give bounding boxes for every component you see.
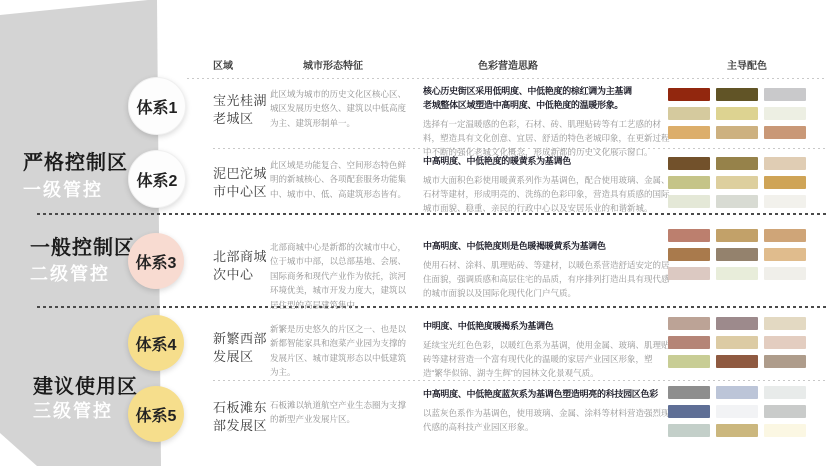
system-badge-1: 体系1 [128,77,186,135]
column-header-palette: 主导配色 [727,57,767,72]
color-swatch [764,355,806,368]
region-name-2: 泥巴沱城市中心区 [213,165,275,200]
palette-grid-3 [668,229,806,280]
color-swatch [764,386,806,399]
color-swatch [764,317,806,330]
palette-grid-2 [668,157,806,208]
slide-canvas: 严格控制区 一级管控 一般控制区 二级管控 建议使用区 三级管控 体系1 体系2… [0,0,830,466]
column-header-form: 城市形态特征 [303,57,363,72]
color-swatch [716,176,758,189]
color-idea-1: 核心历史街区采用低明度、中低艳度的棕红调为主基调 老城整体区域塑造中高明度、中低… [423,85,671,159]
color-swatch [668,386,710,399]
color-swatch [668,317,710,330]
color-swatch [764,176,806,189]
color-idea-title-3: 中高明度、中低艳度则是色暖褐暖黄系为基调色 [423,240,671,254]
zone-subtitle-level2: 二级管控 [30,260,110,286]
color-swatch [668,267,710,280]
color-idea-5: 中高明度、中低艳度蓝灰系为基调色塑造明亮的科技园区色彩 以蓝灰色系作为基调色，使… [423,388,671,434]
color-swatch [764,229,806,242]
color-idea-3: 中高明度、中低艳度则是色暖褐暖黄系为基调色 使用石材、涂料、肌理贴砖、等建材，以… [423,240,671,300]
color-swatch [716,126,758,139]
system-badge-1-label: 体系1 [137,95,178,118]
form-desc-1: 此区域为城市的历史文化区核心区、城区发展历史悠久、建筑以中低高度为主、建筑形制单… [270,87,410,130]
color-swatch [668,405,710,418]
zone-title-strict: 严格控制区 [23,146,128,175]
color-swatch [716,317,758,330]
palette-grid-5 [668,386,806,437]
color-swatch [716,267,758,280]
region-name-3: 北部商城次中心 [213,248,275,283]
color-idea-title-1: 核心历史街区采用低明度、中低艳度的棕红调为主基调 老城整体区域塑造中高明度、中低… [423,85,671,113]
color-swatch [716,386,758,399]
color-idea-body-5: 以蓝灰色系作为基调色，使用玻璃、金属、涂料等材料营造强烈现代感的高科技产业园区形… [423,406,671,434]
color-swatch [668,176,710,189]
color-swatch [668,126,710,139]
color-swatch [764,424,806,437]
color-swatch [668,336,710,349]
color-swatch [668,195,710,208]
palette-grid-1 [668,88,806,139]
color-idea-body-2: 城市大面积色彩使用暖黄系列作为基调色，配合使用玻璃、金属、石材等建材，形成明亮的… [423,173,671,215]
system-badge-5-label: 体系5 [136,403,177,426]
system-badge-2-label: 体系2 [137,168,178,191]
color-swatch [764,88,806,101]
palette-grid-4 [668,317,806,368]
color-swatch [716,424,758,437]
color-swatch [668,107,710,120]
color-swatch [716,248,758,261]
color-idea-body-1: 选择有一定温暖感的色彩，石材、砖、肌理贴砖等有工艺感的材料，塑造具有文化创意、宜… [423,117,671,159]
color-swatch [668,424,710,437]
color-swatch [716,336,758,349]
color-swatch [716,405,758,418]
color-swatch [764,267,806,280]
zone-subtitle-level3: 三级管控 [33,397,113,423]
color-swatch [764,248,806,261]
color-swatch [764,336,806,349]
zone-title-general: 一般控制区 [30,231,135,260]
color-swatch [764,195,806,208]
color-idea-body-3: 使用石材、涂料、肌理贴砖、等建材，以暖色系营造舒适安定的居住面貌，强调质感和高层… [423,258,671,300]
region-name-4: 新繁西部发展区 [213,330,275,365]
color-idea-title-2: 中高明度、中低艳度的暖黄系为基调色 [423,155,671,169]
system-badge-4: 体系4 [128,315,184,371]
region-name-1: 宝光桂湖老城区 [213,92,275,127]
color-swatch [764,157,806,170]
section-divider-general-suggested [37,306,827,308]
color-swatch [668,88,710,101]
system-badge-3-label: 体系3 [136,250,177,273]
color-swatch [716,355,758,368]
color-idea-2: 中高明度、中低艳度的暖黄系为基调色 城市大面积色彩使用暖黄系列作为基调色，配合使… [423,155,671,215]
row-divider-4-5 [213,380,826,381]
system-badge-3: 体系3 [128,233,184,289]
header-divider [187,78,826,79]
column-header-color-idea: 色彩营造思路 [478,57,538,72]
color-swatch [716,229,758,242]
region-name-5: 石板滩东部发展区 [213,399,275,434]
color-swatch [668,157,710,170]
color-idea-title-4: 中明度、中低艳度暖褐系为基调色 [423,320,671,334]
color-swatch [764,405,806,418]
form-desc-2: 此区域是功能复合、空间形态特色鲜明的新城核心、各项配套服务功能集中、城市中、低、… [270,158,410,201]
column-header-region: 区域 [213,57,233,72]
system-badge-4-label: 体系4 [136,332,177,355]
color-swatch [668,248,710,261]
color-swatch [764,126,806,139]
color-swatch [716,195,758,208]
color-swatch [668,229,710,242]
color-swatch [716,157,758,170]
color-idea-4: 中明度、中低艳度暖褐系为基调色 延续宝光红色色彩，以暖红色系为基调，使用金属、玻… [423,320,671,380]
system-badge-5: 体系5 [128,386,184,442]
color-idea-title-5: 中高明度、中低艳度蓝灰系为基调色塑造明亮的科技园区色彩 [423,388,671,402]
color-idea-body-4: 延续宝光红色色彩，以暖红色系为基调，使用金属、玻璃、肌理贴砖等建材营造一个富有现… [423,338,671,380]
color-swatch [716,88,758,101]
zone-title-suggested: 建议使用区 [33,370,138,399]
color-swatch [764,107,806,120]
zone-subtitle-level1: 一级管控 [23,176,103,202]
system-badge-2: 体系2 [128,150,186,208]
color-swatch [716,107,758,120]
form-desc-3: 北部商城中心是新都的次城市中心，位于城市中部，以总部基地、会展、国际商务和现代产… [270,240,410,312]
color-swatch [668,355,710,368]
form-desc-5: 石板滩以轨道航空产业生态圈为支撑的新型产业发展片区。 [270,398,410,427]
form-desc-4: 新繁是历史悠久的片区之一、也是以新都智能家具和泡菜产业园为支撑的发展片区、城市建… [270,322,410,380]
